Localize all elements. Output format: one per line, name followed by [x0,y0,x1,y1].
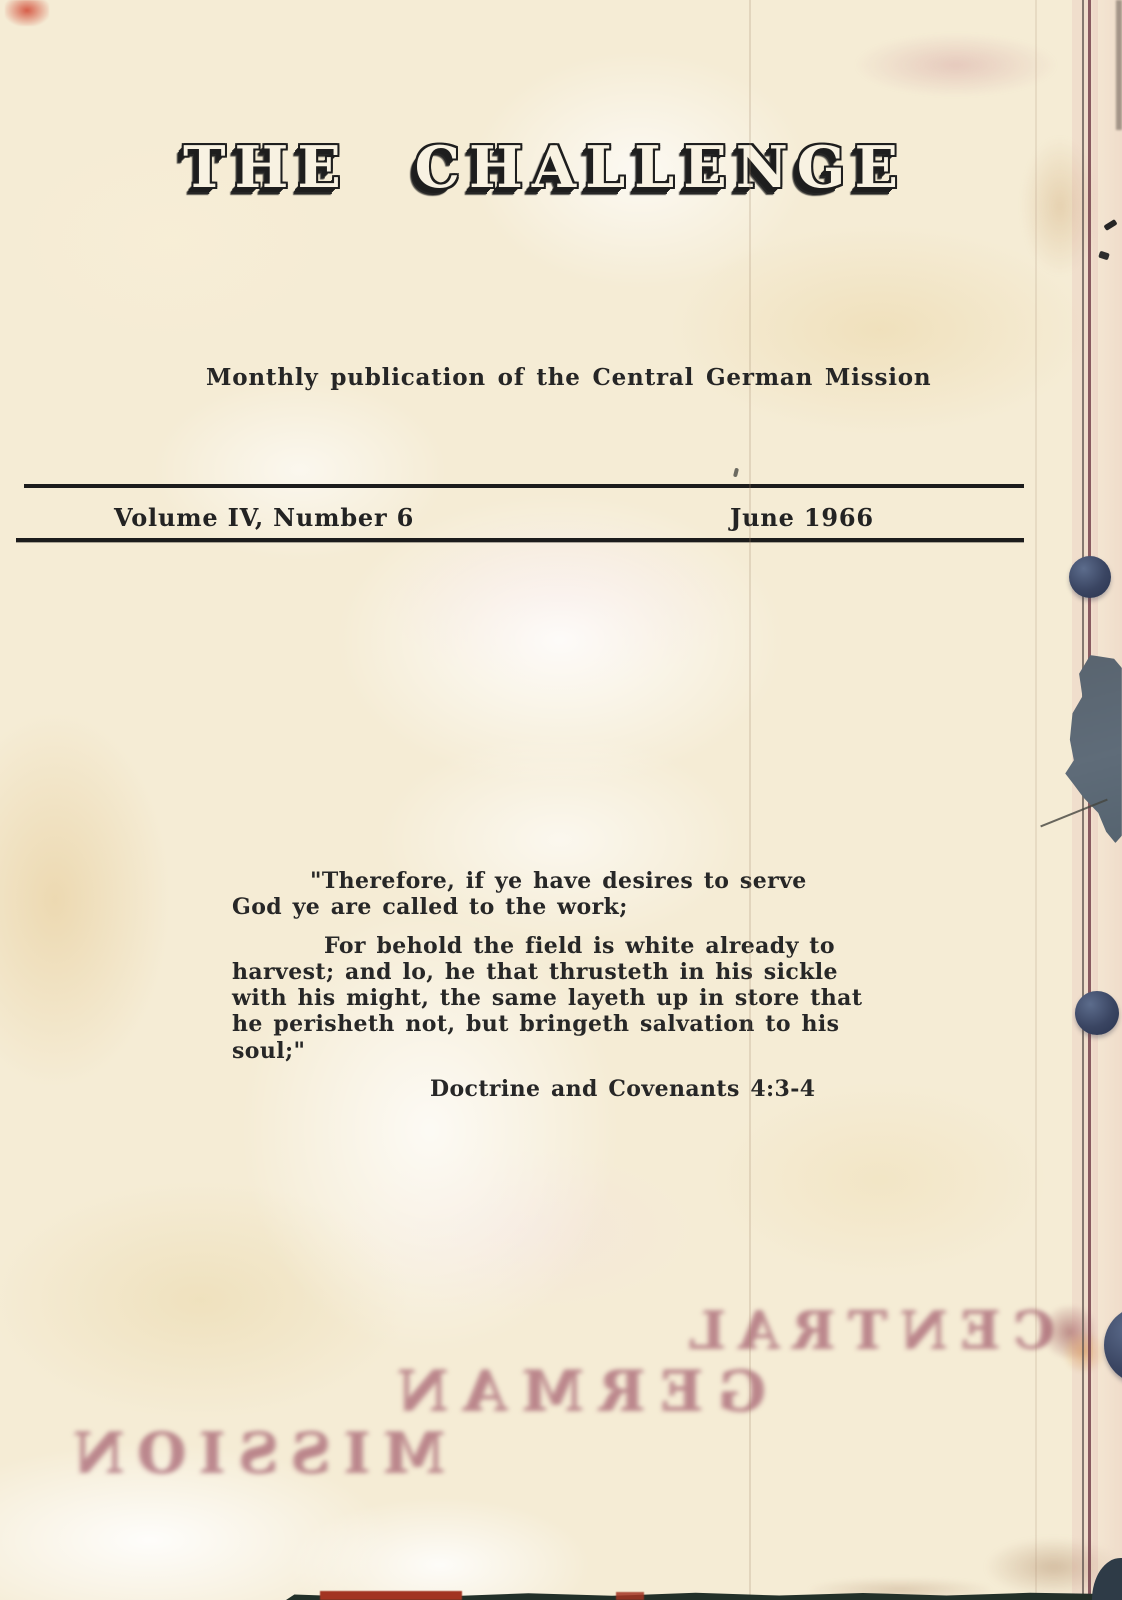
quote-line: God ye are called to the work; [232,894,862,920]
quote-line: with his might, the same layeth up in st… [232,985,862,1011]
scan-edge-shadow [1116,0,1122,130]
scan-bottom-red-segment [320,1591,462,1600]
binding-edge-line [1082,0,1084,1600]
quote-line: soul;" [232,1038,862,1064]
scan-bottom-red-segment [616,1592,644,1600]
quote-line: "Therefore, if ye have desires to serve [232,868,862,894]
paper-crease [1035,0,1037,1600]
newsletter-subtitle: Monthly publication of the Central Germa… [206,364,931,391]
bleedthrough-stamp-central: CENTRAL [676,1300,1054,1361]
quote-line: For behold the field is white already to [232,933,862,959]
bleedthrough-stamp-mission: MISSION [60,1420,445,1486]
quote-line: he perisheth not, but bringeth salvation… [232,1011,862,1037]
bleedthrough-stamp-german: GERMAN [382,1358,766,1424]
issue-date: June 1966 [730,503,874,532]
paper-crease [749,0,751,1600]
pink-smudge [856,34,1056,96]
masthead-rule-bottom [16,538,1024,542]
masthead-rule-top [24,484,1024,488]
quote-paragraph-1: "Therefore, if ye have desires to serve … [232,868,862,921]
newsletter-title: THE CHALLENGE [0,134,1090,201]
red-ink-stain [5,0,49,26]
scanned-newsletter-cover: THE CHALLENGE Monthly publication of the… [0,0,1122,1600]
quote-line: harvest; and lo, he that thrusteth in hi… [232,959,862,985]
quote-paragraph-2: For behold the field is white already to… [232,933,862,1064]
volume-number: Volume IV, Number 6 [114,503,414,532]
binder-hole [1069,556,1111,598]
quote-attribution: Doctrine and Covenants 4:3-4 [232,1076,862,1102]
scripture-quote: "Therefore, if ye have desires to serve … [232,868,862,1102]
stray-pen-mark [733,468,739,478]
binder-hole [1075,991,1119,1035]
